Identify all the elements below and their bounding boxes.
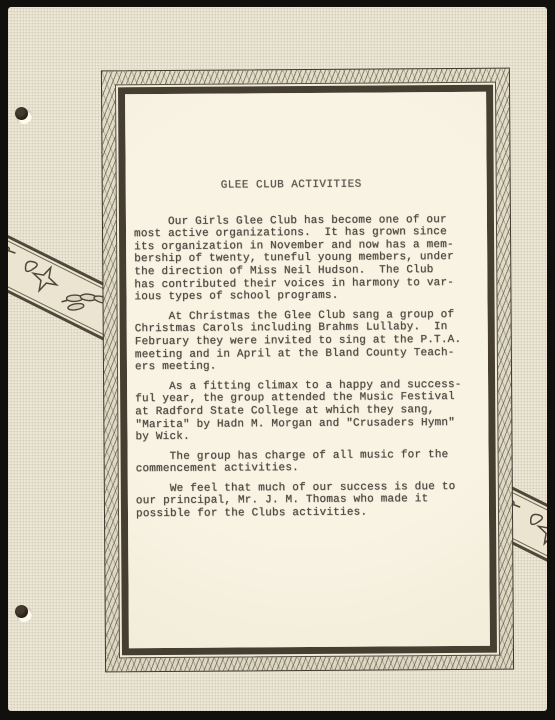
paragraph: Our Girls Glee Club has become one of ou… — [134, 214, 460, 304]
document: GLEE CLUB ACTIVITIES Our Girls Glee Club… — [125, 92, 490, 649]
text-line: by Wick. — [135, 429, 460, 444]
paragraph: The group has charge of all music for th… — [136, 449, 461, 476]
text-line: meeting and in April at the Bland County… — [135, 346, 460, 361]
document-title: GLEE CLUB ACTIVITIES — [134, 178, 449, 193]
paragraph: At Christmas the Glee Club sang a group … — [135, 309, 460, 374]
photo-mat: GLEE CLUB ACTIVITIES Our Girls Glee Club… — [0, 0, 555, 720]
punch-hole-top — [15, 107, 32, 124]
text-line: ious types of school programs. — [134, 289, 459, 304]
paragraph: We feel that much of our success is due … — [136, 481, 461, 521]
text-line: "Marita" by Hadn M. Morgan and "Crusader… — [135, 416, 460, 431]
text-line: possible for the Clubs activities. — [136, 506, 461, 521]
punch-hole-bottom — [15, 605, 32, 622]
paragraph: As a fitting climax to a happy and succe… — [135, 379, 460, 444]
text-line: ers meeting. — [135, 359, 460, 374]
decorative-frame: GLEE CLUB ACTIVITIES Our Girls Glee Club… — [101, 68, 514, 673]
text-line: our principal, Mr. J. M. Thomas who made… — [136, 493, 461, 508]
document-body: Our Girls Glee Club has become one of ou… — [134, 214, 461, 521]
scrapbook-page: GLEE CLUB ACTIVITIES Our Girls Glee Club… — [8, 7, 547, 711]
text-line: commencement activities. — [136, 461, 461, 476]
typed-page: GLEE CLUB ACTIVITIES Our Girls Glee Club… — [125, 92, 490, 649]
